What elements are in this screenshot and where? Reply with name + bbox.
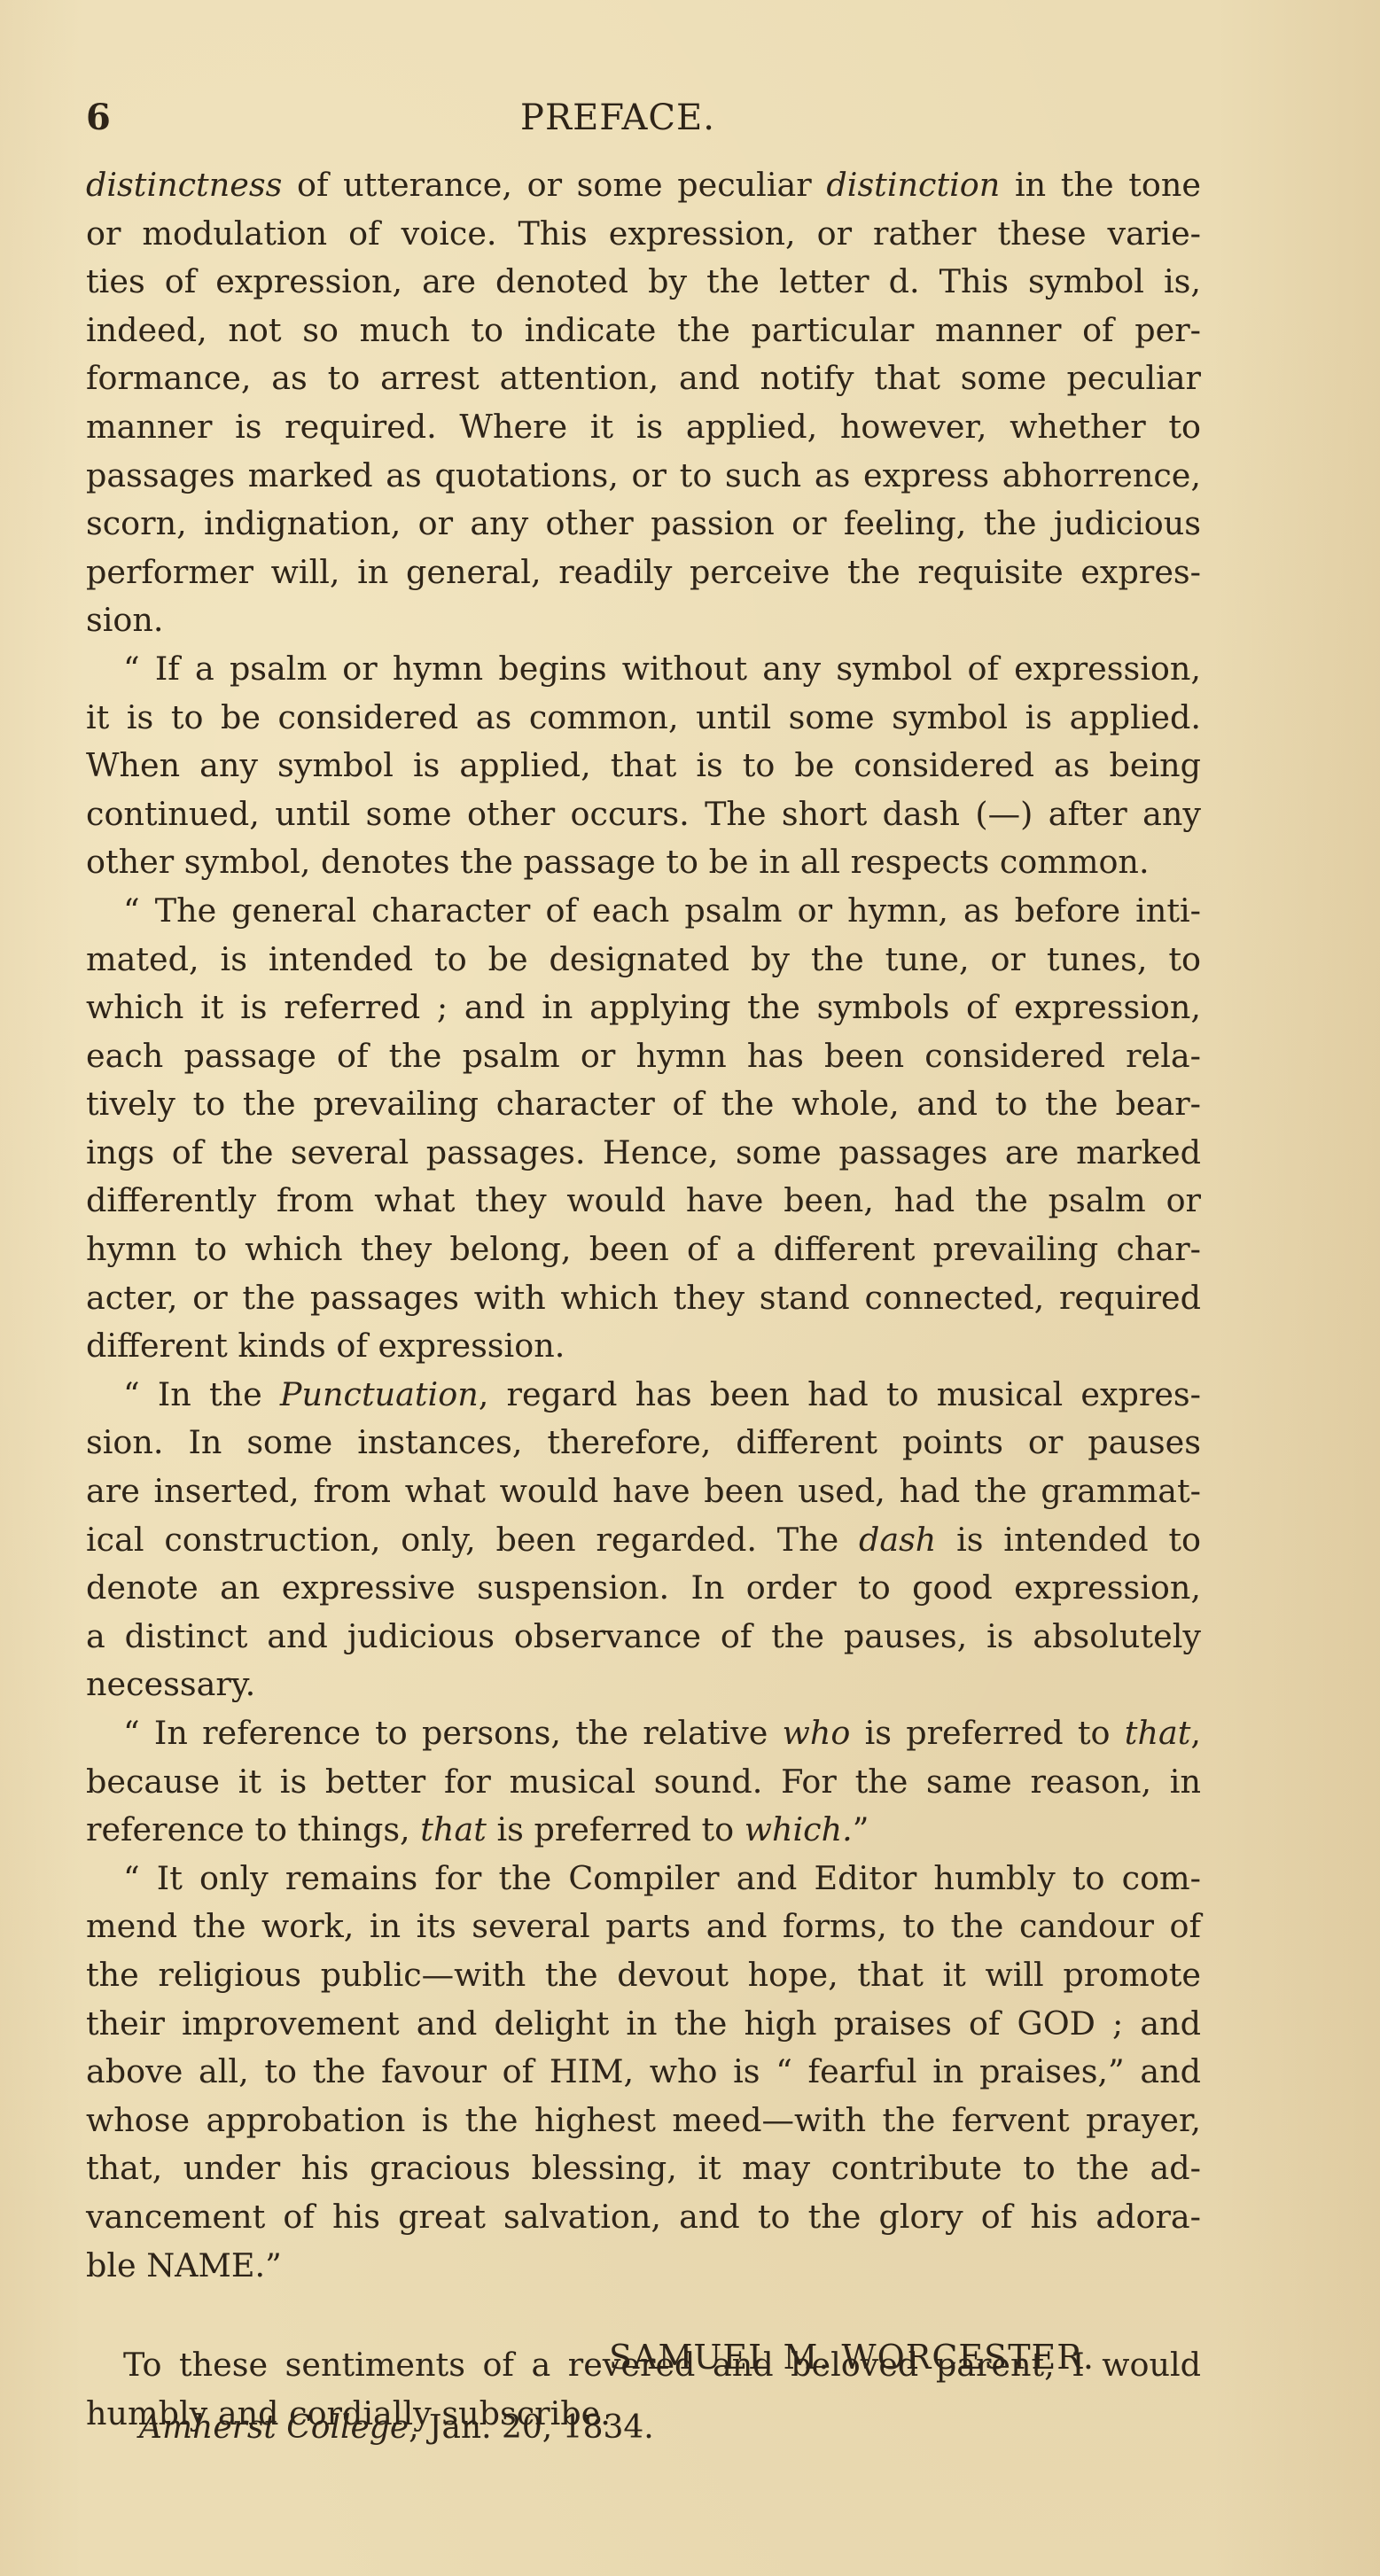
- text-segment: that, under his gracious blessing, it ma…: [86, 2149, 1201, 2187]
- dateline-date: , Jan. 20, 1834.: [409, 2409, 654, 2446]
- text-line: differently from what they would have be…: [86, 1177, 1201, 1226]
- text-segment: each passage of the psalm or hymn has be…: [86, 1037, 1201, 1075]
- text-segment: tively to the prevailing character of th…: [86, 1085, 1201, 1123]
- italic-text: dash: [859, 1521, 936, 1559]
- dateline-place: Amherst College: [139, 2409, 409, 2446]
- text-segment: performer will, in general, readily perc…: [86, 553, 1201, 591]
- text-segment: “ In reference to persons, the relative: [123, 1714, 783, 1752]
- text-line: each passage of the psalm or hymn has be…: [86, 1032, 1201, 1081]
- preface-body-text: distinctness of utterance, or some pecul…: [86, 161, 1201, 2438]
- text-line: vancement of his great salvation, and to…: [86, 2193, 1201, 2242]
- text-segment: denote an expressive suspension. In orde…: [86, 1568, 1201, 1607]
- text-segment: mend the work, in its several parts and …: [86, 1907, 1201, 1945]
- text-segment: is intended to: [936, 1521, 1201, 1559]
- text-segment: scorn, indignation, or any other passion…: [86, 504, 1201, 542]
- text-segment: differently from what they would have be…: [86, 1181, 1201, 1219]
- text-line: other symbol, denotes the passage to be …: [86, 838, 1201, 887]
- text-segment: in the tone: [1000, 166, 1201, 204]
- text-line: ings of the several passages. Hence, som…: [86, 1129, 1201, 1178]
- italic-text: distinctness: [86, 166, 282, 204]
- text-line: scorn, indignation, or any other passion…: [86, 500, 1201, 549]
- text-segment: whose approbation is the highest meed—wi…: [86, 2101, 1201, 2139]
- italic-text: which.: [745, 1810, 853, 1848]
- text-line: reference to things, that is preferred t…: [86, 1806, 1201, 1855]
- text-segment: a distinct and judicious observance of t…: [86, 1617, 1201, 1655]
- text-line: “ In the Punctuation, regard has been ha…: [86, 1371, 1201, 1420]
- text-segment: When any symbol is applied, that is to b…: [86, 746, 1201, 784]
- running-head: 6 PREFACE.: [86, 96, 1201, 140]
- text-segment: ties of expression, are denoted by the l…: [86, 262, 1201, 300]
- running-title: PREFACE.: [86, 96, 1150, 140]
- text-segment: continued, until some other occurs. The …: [86, 795, 1201, 833]
- text-segment: “ If a psalm or hymn begins without any …: [123, 650, 1201, 688]
- text-line: necessary.: [86, 1661, 1201, 1709]
- text-segment: , regard has been had to musical expres-: [479, 1375, 1201, 1413]
- signature: SAMUEL M. WORCESTER.: [609, 2335, 1095, 2379]
- text-segment: sion. In some instances, therefore, diff…: [86, 1423, 1201, 1461]
- text-segment: hymn to which they belong, been of a dif…: [86, 1230, 1201, 1268]
- text-segment: it is to be considered as common, until …: [86, 698, 1201, 736]
- text-segment: is preferred to: [850, 1714, 1124, 1752]
- text-segment: because it is better for musical sound. …: [86, 1763, 1201, 1801]
- text-segment: formance, as to arrest attention, and no…: [86, 359, 1201, 397]
- dateline: Amherst College, Jan. 20, 1834.: [139, 2406, 654, 2450]
- text-segment: other symbol, denotes the passage to be …: [86, 843, 1150, 881]
- text-segment: of utterance, or some peculiar: [282, 166, 826, 204]
- text-line: which it is referred ; and in applying t…: [86, 984, 1201, 1032]
- text-segment: ical construction, only, been regarded. …: [86, 1521, 859, 1559]
- text-segment: the religious public—with the devout hop…: [86, 1956, 1201, 1994]
- text-segment: ings of the several passages. Hence, som…: [86, 1133, 1201, 1171]
- text-line: because it is better for musical sound. …: [86, 1758, 1201, 1807]
- text-line: “ It only remains for the Compiler and E…: [86, 1855, 1201, 1903]
- text-segment: are inserted, from what would have been …: [86, 1472, 1201, 1510]
- text-line: formance, as to arrest attention, and no…: [86, 354, 1201, 403]
- text-line: sion.: [86, 596, 1201, 645]
- text-line: above all, to the favour of HIM, who is …: [86, 2048, 1201, 2097]
- text-segment: passages marked as quotations, or to suc…: [86, 456, 1201, 494]
- text-line: “ The general character of each psalm or…: [86, 887, 1201, 936]
- text-segment: vancement of his great salvation, and to…: [86, 2198, 1201, 2236]
- text-line: When any symbol is applied, that is to b…: [86, 742, 1201, 790]
- text-line: the religious public—with the devout hop…: [86, 1951, 1201, 2000]
- text-segment: different kinds of expression.: [86, 1327, 565, 1365]
- text-segment: their improvement and delight in the hig…: [86, 2004, 1201, 2043]
- text-line: continued, until some other occurs. The …: [86, 790, 1201, 839]
- text-segment: ble NAME.”: [86, 2246, 282, 2284]
- text-line: or modulation of voice. This expression,…: [86, 210, 1201, 259]
- text-line: that, under his gracious blessing, it ma…: [86, 2144, 1201, 2193]
- text-line: performer will, in general, readily perc…: [86, 549, 1201, 597]
- text-segment: manner is required. Where it is applied,…: [86, 408, 1201, 446]
- paragraph-gap: [86, 2290, 1201, 2341]
- text-segment: sion.: [86, 601, 164, 639]
- italic-text: Punctuation: [280, 1375, 479, 1413]
- text-line: a distinct and judicious observance of t…: [86, 1613, 1201, 1662]
- text-segment: which it is referred ; and in applying t…: [86, 988, 1201, 1026]
- text-segment: acter, or the passages with which they s…: [86, 1279, 1201, 1317]
- text-line: mend the work, in its several parts and …: [86, 1903, 1201, 1951]
- text-line: ties of expression, are denoted by the l…: [86, 258, 1201, 307]
- text-segment: or modulation of voice. This expression,…: [86, 214, 1201, 253]
- text-segment: above all, to the favour of HIM, who is …: [86, 2052, 1201, 2090]
- text-line: “ In reference to persons, the relative …: [86, 1709, 1201, 1758]
- text-line: indeed, not so much to indicate the part…: [86, 307, 1201, 355]
- text-segment: “ In the: [123, 1375, 280, 1413]
- text-segment: “ It only remains for the Compiler and E…: [123, 1859, 1201, 1897]
- italic-text: that: [1125, 1714, 1191, 1752]
- text-segment: reference to things,: [86, 1810, 420, 1848]
- italic-text: who: [783, 1714, 851, 1752]
- text-segment: indeed, not so much to indicate the part…: [86, 311, 1201, 349]
- text-segment: mated, is intended to be designated by t…: [86, 940, 1201, 978]
- text-line: are inserted, from what would have been …: [86, 1467, 1201, 1516]
- text-line: it is to be considered as common, until …: [86, 694, 1201, 743]
- text-line: acter, or the passages with which they s…: [86, 1274, 1201, 1323]
- text-line: passages marked as quotations, or to suc…: [86, 452, 1201, 501]
- text-line: different kinds of expression.: [86, 1322, 1201, 1371]
- text-line: their improvement and delight in the hig…: [86, 2000, 1201, 2049]
- text-segment: ”: [853, 1810, 869, 1848]
- text-segment: “ The general character of each psalm or…: [123, 891, 1201, 930]
- text-line: whose approbation is the highest meed—wi…: [86, 2097, 1201, 2145]
- text-line: ble NAME.”: [86, 2242, 1201, 2291]
- text-line: sion. In some instances, therefore, diff…: [86, 1419, 1201, 1467]
- text-segment: necessary.: [86, 1665, 255, 1703]
- text-line: tively to the prevailing character of th…: [86, 1080, 1201, 1129]
- italic-text: distinction: [826, 166, 1000, 204]
- text-line: manner is required. Where it is applied,…: [86, 403, 1201, 452]
- text-line: mated, is intended to be designated by t…: [86, 936, 1201, 984]
- text-line: hymn to which they belong, been of a dif…: [86, 1226, 1201, 1274]
- text-line: ical construction, only, been regarded. …: [86, 1516, 1201, 1565]
- text-line: distinctness of utterance, or some pecul…: [86, 161, 1201, 210]
- text-segment: ,: [1190, 1714, 1201, 1752]
- text-segment: is preferred to: [487, 1810, 745, 1848]
- text-line: “ If a psalm or hymn begins without any …: [86, 645, 1201, 694]
- italic-text: that: [420, 1810, 487, 1848]
- text-line: denote an expressive suspension. In orde…: [86, 1564, 1201, 1613]
